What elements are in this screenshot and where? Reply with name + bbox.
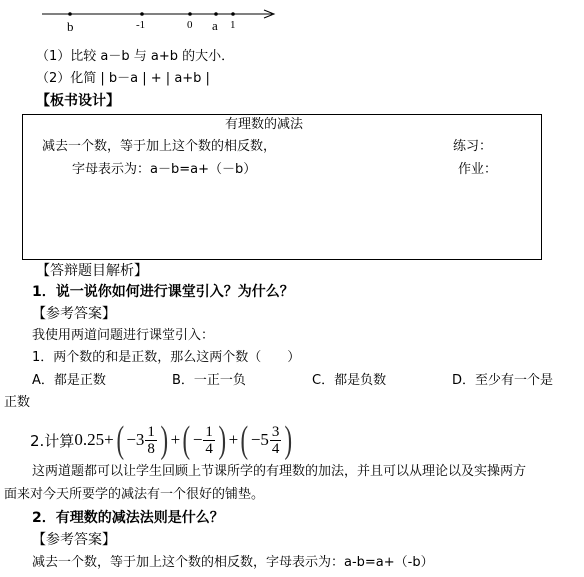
answer-intro: 我使用两道问题进行课堂引入： [32, 327, 214, 345]
option-d: D．至少有一个是 [452, 372, 553, 390]
explanation-line-2: 面来对今天所要学的减法有一个很好的铺垫。 [4, 486, 264, 504]
board-formula: 字母表示为：a－b=a+（－b） [72, 161, 256, 179]
term-2: ( − 14 ) [180, 420, 228, 460]
analysis-question-1: 1．说一说你如何进行课堂引入？为什么？ [32, 283, 294, 301]
board-design-heading: 【板书设计】 [36, 92, 120, 110]
board-practice: 练习： [453, 138, 492, 156]
number-line-label-0: 0 [187, 16, 193, 34]
first-term: 0.25 [74, 430, 104, 450]
sub-question-1: 1．两个数的和是正数，那么这两个数（ ） [32, 349, 300, 367]
reference-answer-label-2: 【参考答案】 [32, 531, 116, 549]
board-title: 有理数的减法 [225, 116, 303, 134]
number-line-label-b: b [67, 18, 74, 36]
option-d-continued: 正数 [4, 394, 30, 412]
board-homework: 作业： [458, 161, 497, 179]
number-line-label-1: 1 [230, 16, 236, 34]
plus-sign: + [104, 430, 114, 450]
option-a: A．都是正数 [32, 372, 106, 390]
number-line-label-neg1: -1 [136, 16, 145, 34]
number-line-label-a: a [212, 17, 218, 35]
sub-question-2-expression: 2.计算 0.25 + ( − 3 18 ) + ( − 14 ) + ( − … [30, 418, 295, 462]
sub-question-2-prefix: 2.计算 [30, 430, 74, 451]
option-b: B．一正一负 [172, 372, 246, 390]
analysis-heading: 【答辩题目解析】 [36, 262, 148, 280]
board-design-box [22, 114, 542, 260]
board-rule: 减去一个数，等于加上这个数的相反数， [42, 138, 276, 156]
explanation-line-1: 这两道题都可以让学生回顾上节课所学的有理数的加法，并且可以从理论以及实操两方 [32, 463, 526, 481]
option-c: C．都是负数 [312, 372, 386, 390]
number-line [0, 0, 300, 36]
term-3: ( − 5 34 ) [238, 420, 295, 460]
question-compare: （1）比较 a－b 与 a+b 的大小． [36, 48, 234, 66]
reference-answer-label-1: 【参考答案】 [32, 305, 116, 323]
plus-sign: + [171, 430, 181, 450]
plus-sign: + [229, 430, 239, 450]
term-1: ( − 3 18 ) [114, 420, 171, 460]
analysis-question-2: 2．有理数的减法法则是什么？ [32, 509, 224, 527]
question-simplify: （2）化简 | b－a | + | a+b | [36, 70, 210, 88]
answer-2: 减去一个数，等于加上这个数的相反数，字母表示为：a-b=a+（-b） [32, 554, 434, 572]
